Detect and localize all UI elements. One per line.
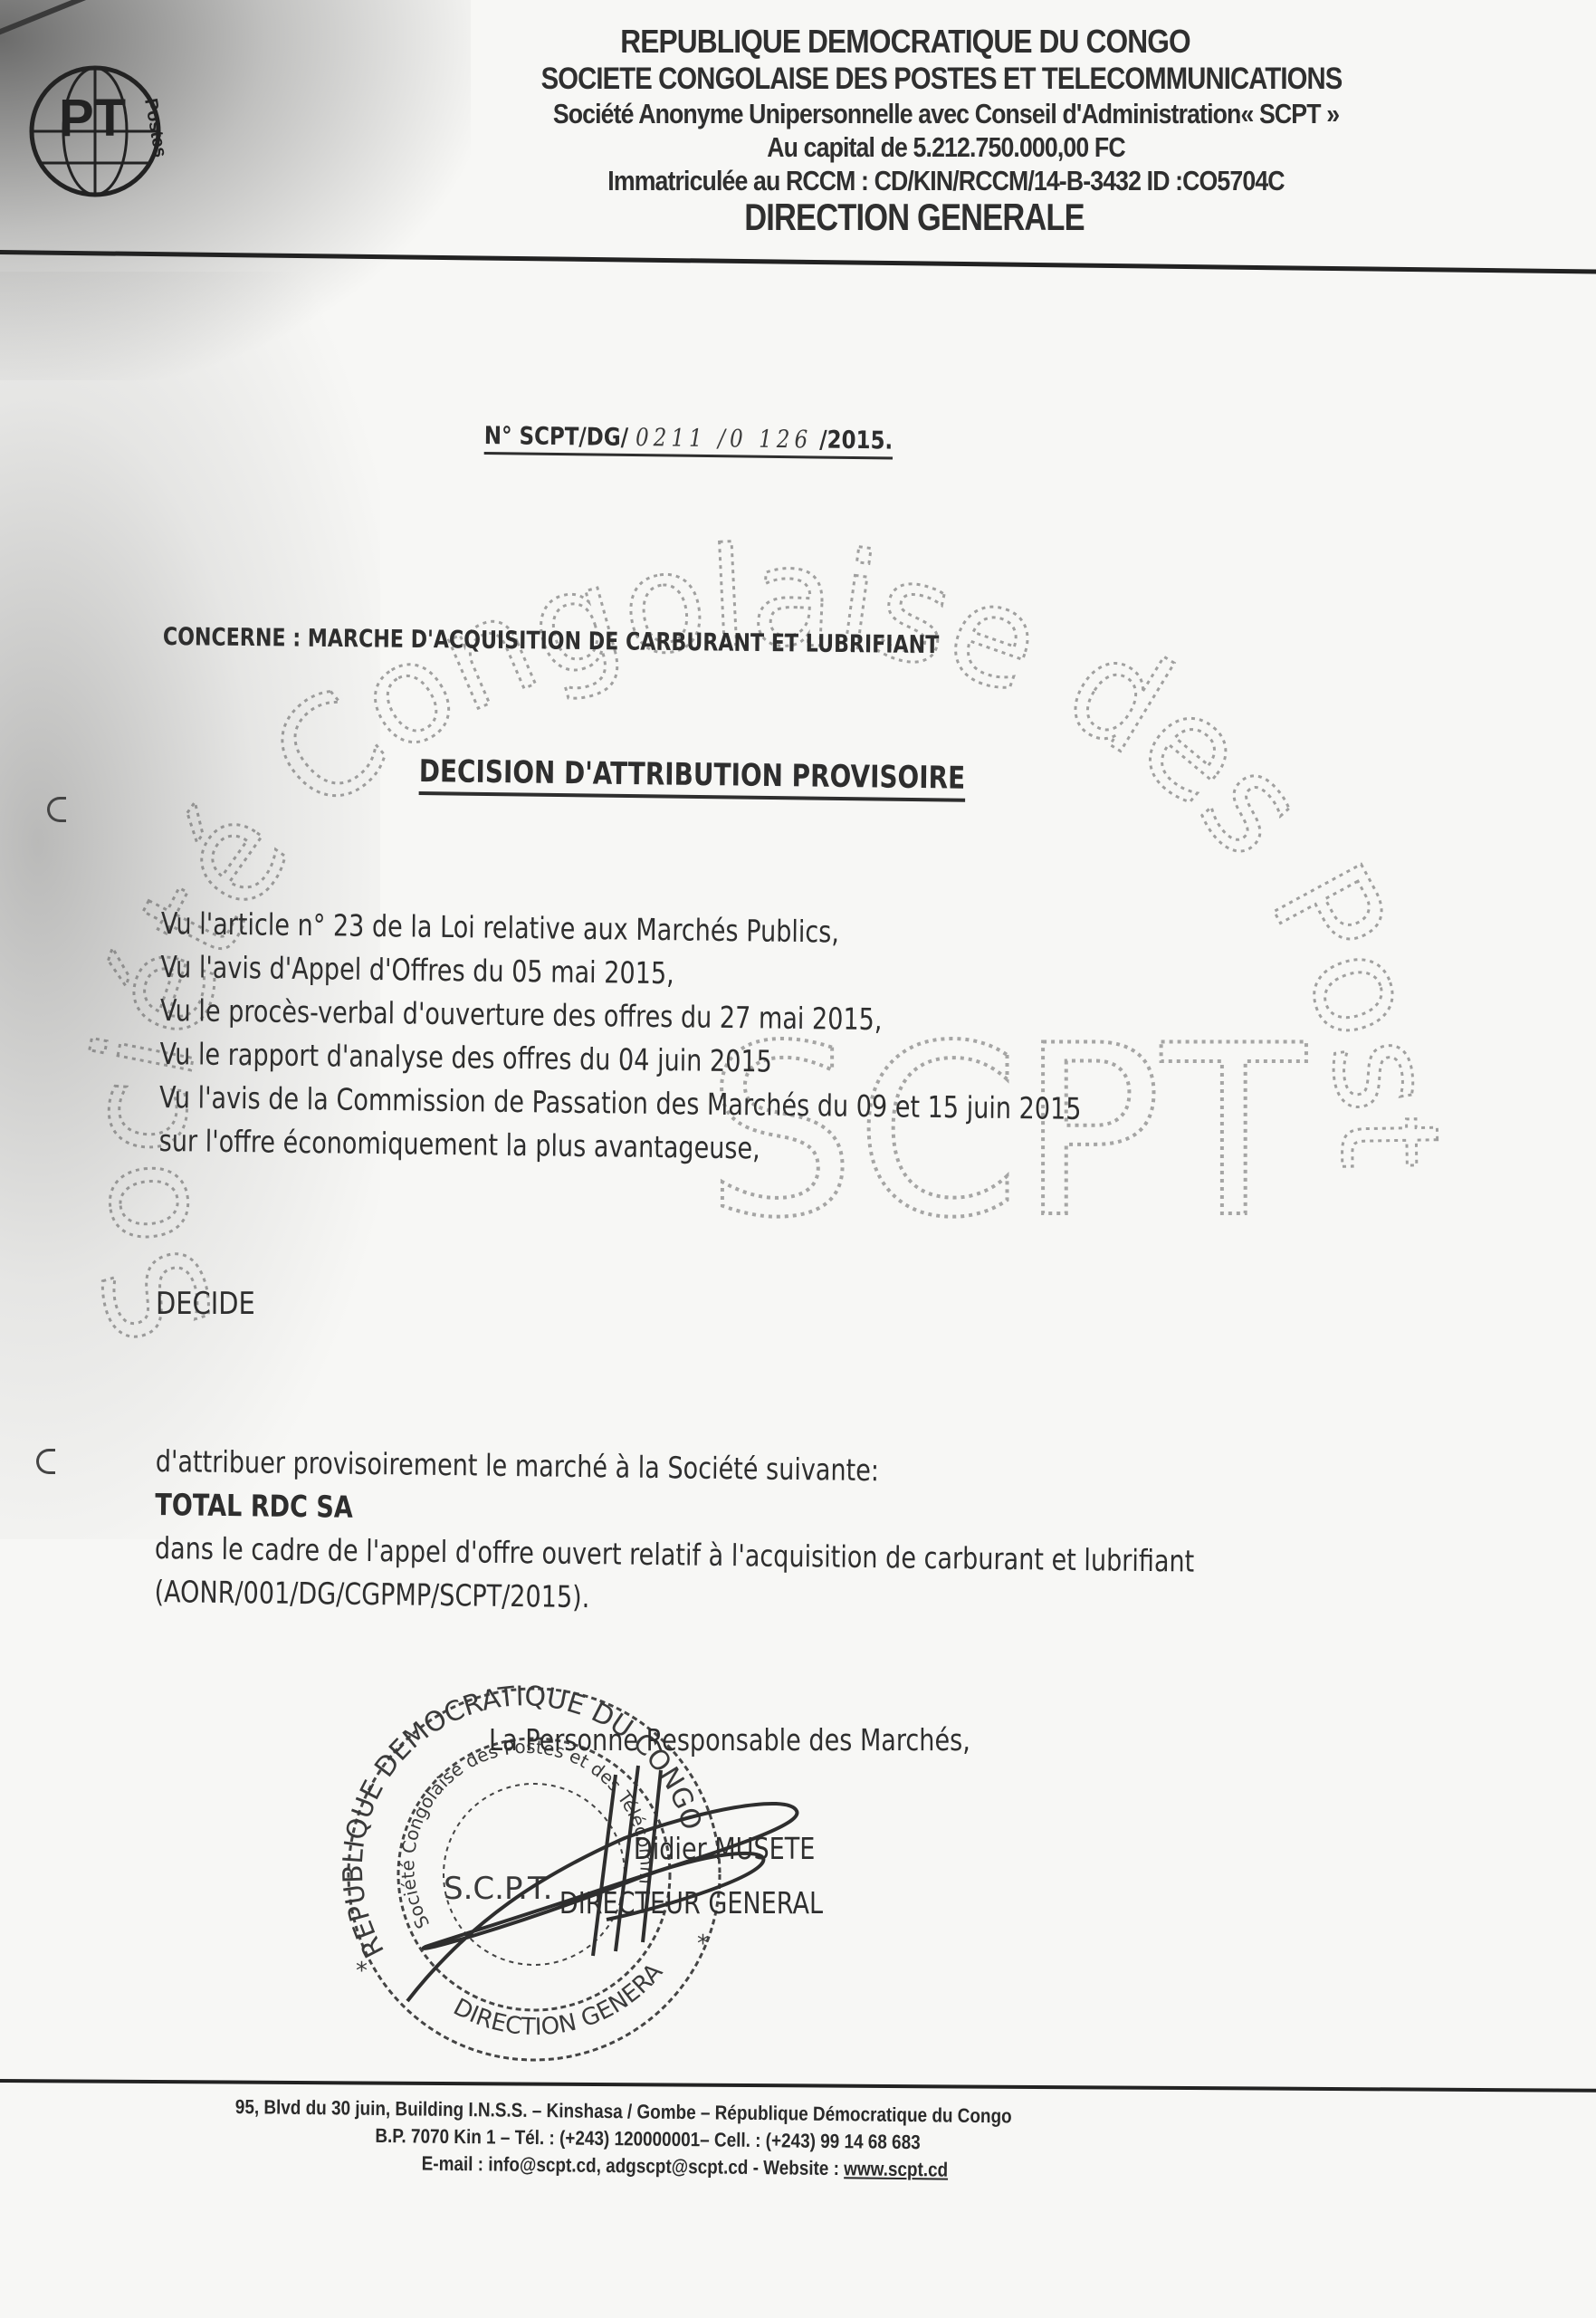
website-link[interactable]: www.scpt.cd — [844, 2157, 948, 2180]
scan-artifact — [47, 797, 66, 822]
company-registration: Immatriculée au RCCM : CD/KIN/RCCM/14-B-… — [428, 167, 1464, 195]
company-name: SOCIETE CONGOLAISE DES POSTES ET TELECOM… — [420, 63, 1463, 94]
svg-text:Postes: Postes — [140, 97, 170, 158]
decide-heading: DECIDE — [156, 1286, 255, 1322]
reference-prefix: N° SCPT/DG/ — [484, 422, 628, 452]
reference-handwritten: 0211 /0 126 — [636, 424, 812, 454]
country-line: REPUBLIQUE DEMOCRATIQUE DU CONGO — [339, 25, 1471, 58]
decision-body: d'attribuer provisoirement le marché à l… — [154, 1440, 1195, 1627]
reference-suffix: /2015. — [819, 426, 893, 455]
considerations-list: Vu l'article n° 23 de la Loi relative au… — [159, 902, 1084, 1174]
company-capital: Au capital de 5.212.750.000,00 FC — [428, 133, 1464, 161]
footer-contact: 95, Blvd du 30 juin, Building I.N.S.S. –… — [234, 2093, 1325, 2189]
reference-number: N° SCPT/DG/ 0211 /0 126 /2015. — [484, 422, 894, 460]
svg-text:*: * — [356, 1958, 368, 1985]
scan-artifact — [36, 1449, 55, 1474]
footer-divider — [0, 2079, 1596, 2093]
department-name: DIRECTION GENERALE — [395, 198, 1434, 236]
handwritten-signature — [398, 1738, 815, 2010]
svg-text:PT: PT — [59, 89, 126, 148]
document-title: DECISION D'ATTRIBUTION PROVISOIRE — [419, 753, 966, 802]
scpt-globe-logo-icon: PT Postes — [9, 45, 181, 217]
company-legal-form: Société Anonyme Unipersonnelle avec Cons… — [428, 100, 1464, 128]
